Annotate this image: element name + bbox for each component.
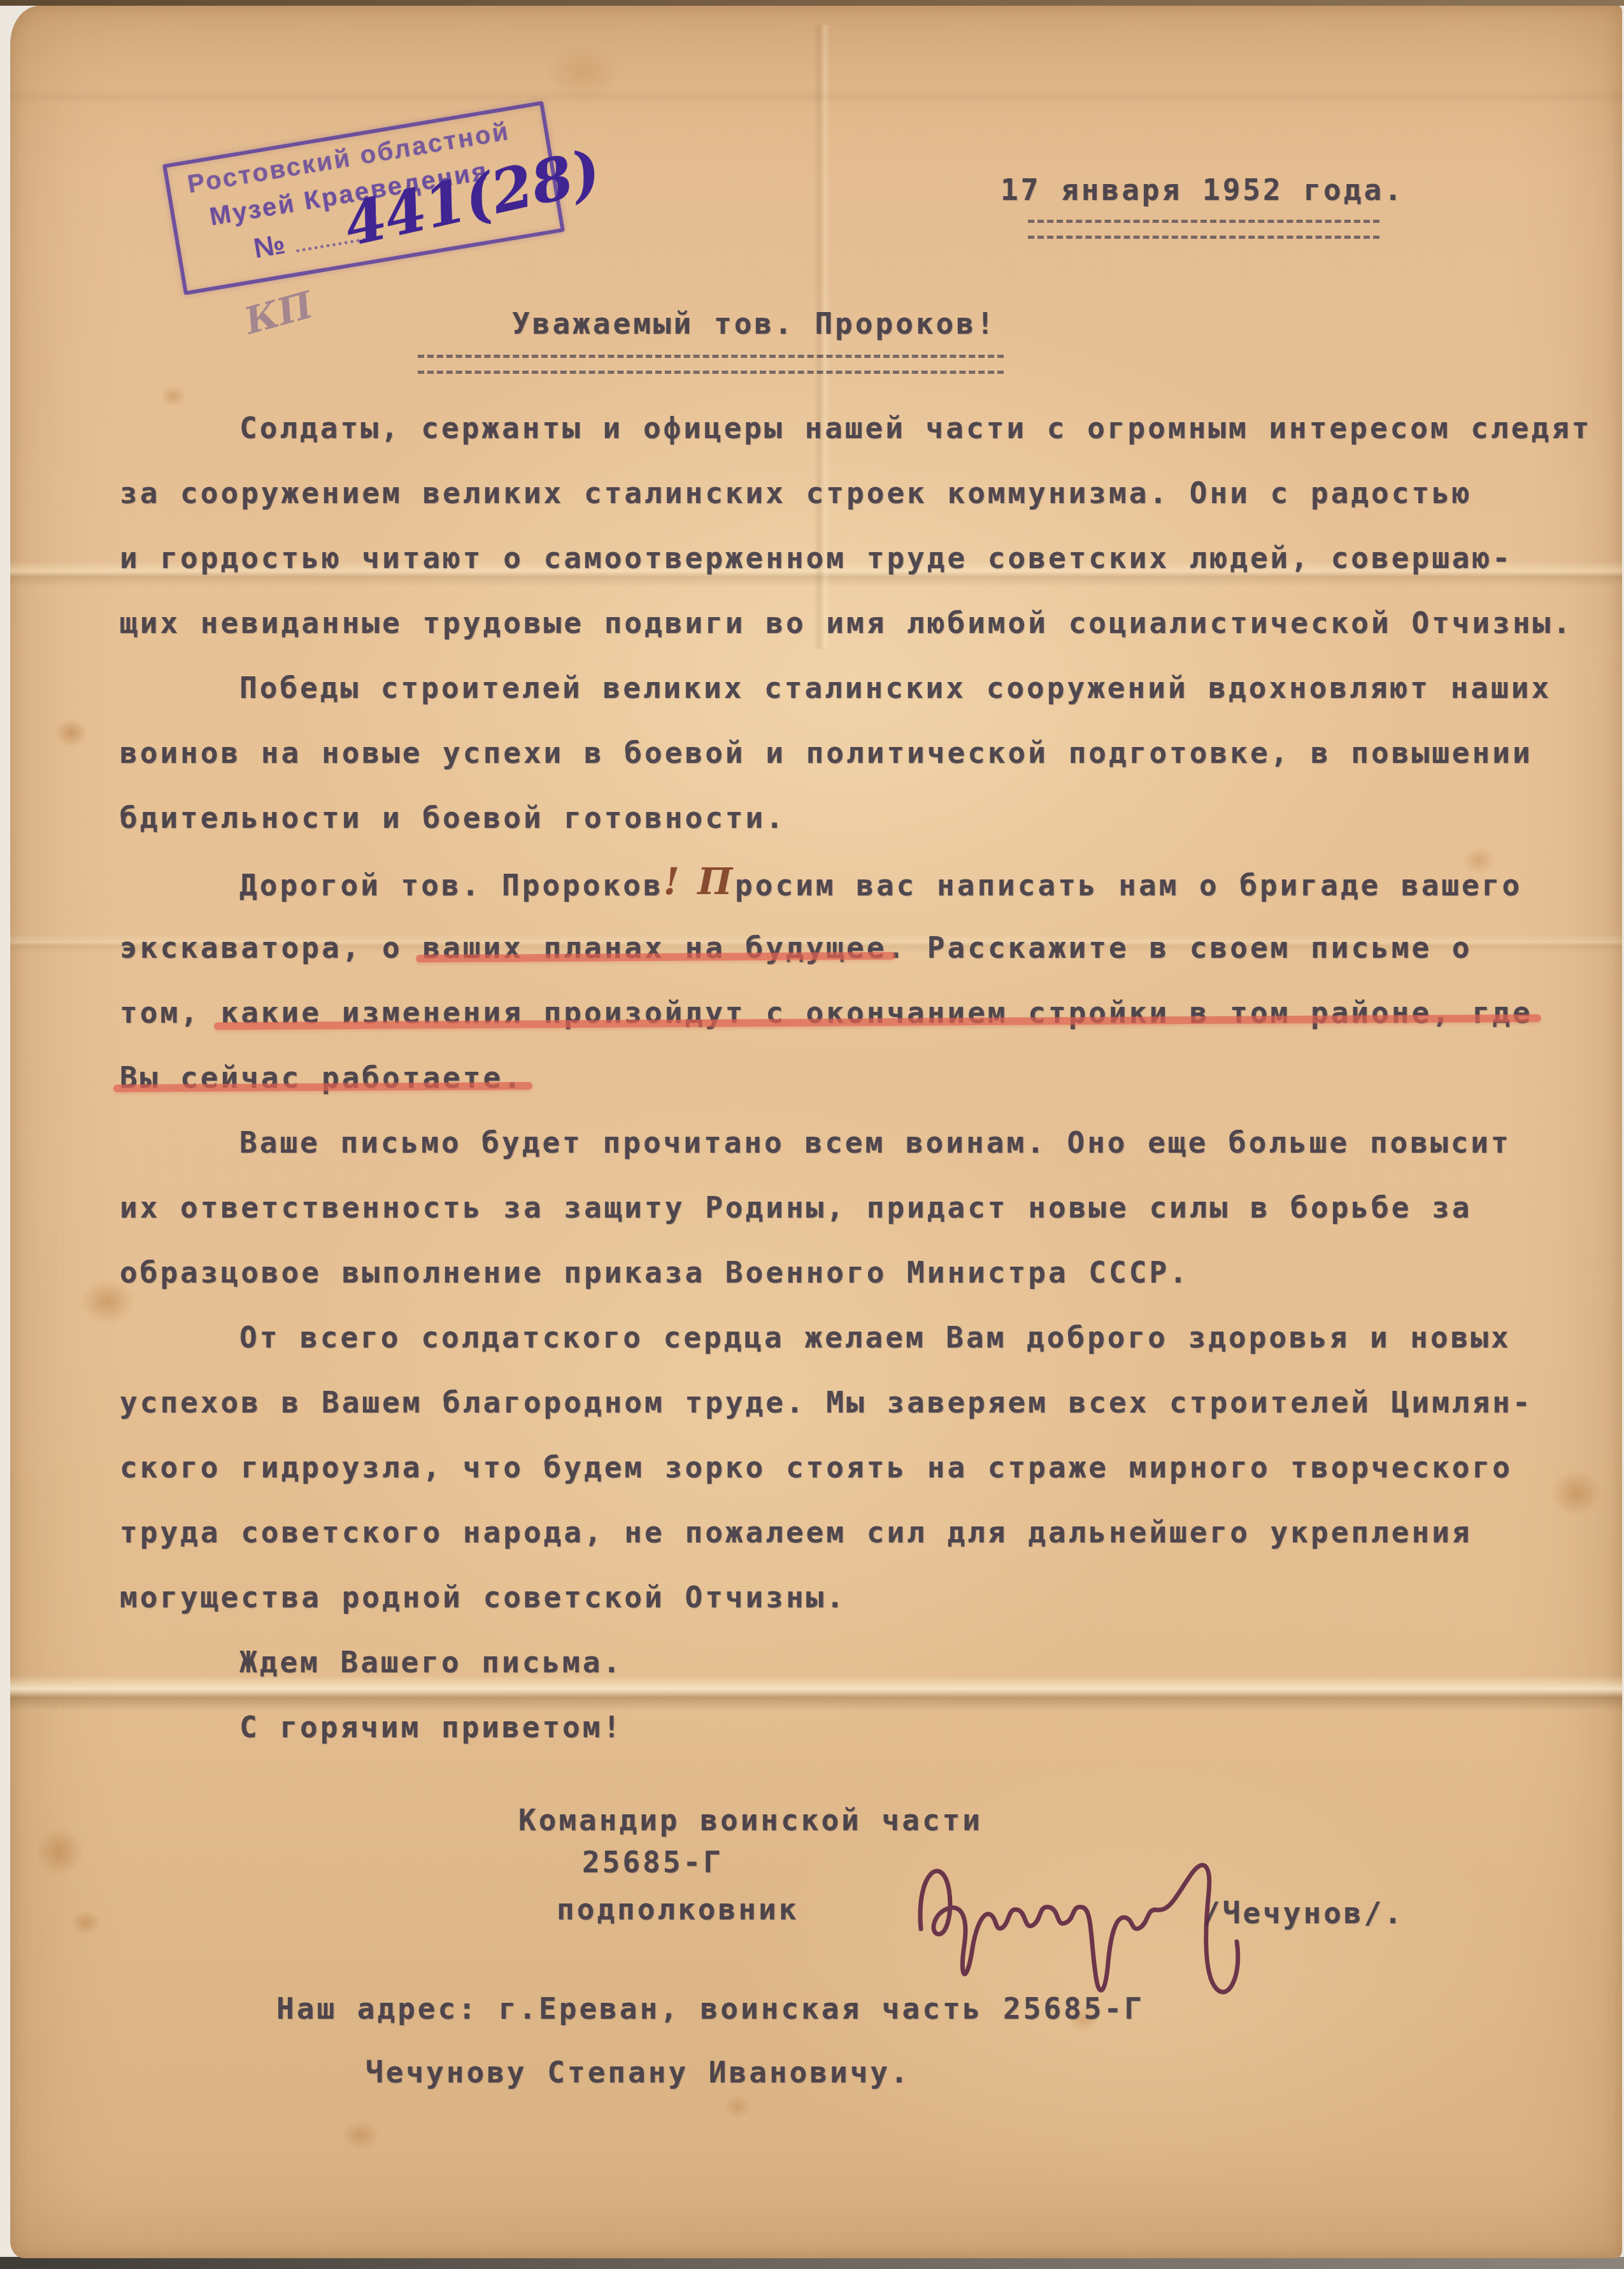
typed-text-segment: Ждем Вашего письма. [239,1645,623,1679]
museum-stamp: Ростовский областной Музей Краеведения №… [162,101,565,295]
typed-text-segment: . Расскажите в своем письме о [887,930,1472,965]
letter-line: воинов на новые успехи в боевой и полити… [120,720,1604,785]
closing-rank: подполковник [557,1892,799,1926]
stamp-number-label: № [252,229,288,265]
typed-text-segment: и гордостью читают о самоотверженном тру… [120,541,1513,575]
typed-text-segment: за сооружением великих сталинских строек… [120,476,1472,510]
typed-text-segment: бдительности и боевой готовности. [120,800,786,835]
letter-line: образцовое выполнение приказа Военного М… [120,1240,1604,1305]
letter-line: Солдаты, сержанты и офицеры нашей части … [120,395,1604,460]
typed-text-segment: Солдаты, сержанты и офицеры нашей части … [239,411,1592,445]
letter-line: и гордостью читают о самоотверженном тру… [120,525,1604,590]
red-underlined-text: какие изменения произойдут с окончанием … [220,995,1532,1030]
typed-text-segment: их ответственность за защиту Родины, при… [120,1190,1472,1225]
salutation: Уважаемый тов. Пророков! [512,306,997,341]
letter-date: 17 января 1952 года. [1001,173,1404,207]
address-line1: Наш адрес: г.Ереван, воинская часть 2568… [276,1991,1144,2026]
scan-edge-top [0,0,1624,6]
date-underline [1028,220,1379,239]
scan-edge-bottom [0,2257,1624,2269]
typed-text-segment: экскаватора, о [120,930,422,965]
letter-line: С горячим приветом! [120,1695,1604,1760]
letter-line: экскаватора, о ваших планах на будущее. … [120,915,1604,980]
typed-text-segment: успехов в Вашем благородном труде. Мы за… [120,1385,1533,1419]
letter-line: ского гидроузла, что будем зорко стоять … [120,1435,1604,1500]
paper-stain [341,2120,380,2151]
typed-text-segment: образцовое выполнение приказа Военного М… [120,1255,1190,1290]
letter-line: Дорогой тов. Пророков! Просим вас написа… [120,850,1604,915]
typed-text-segment: Победы строителей великих сталинских соо… [239,671,1551,705]
letter-line: успехов в Вашем благородном труде. Мы за… [120,1370,1604,1435]
red-underlined-text: ваших планах на будущее [422,930,887,965]
handwritten-ink-text: ! П [664,860,735,903]
paper-stain [55,719,88,747]
letter-line: том, какие изменения произойдут с оконча… [120,980,1604,1045]
letter-body: Солдаты, сержанты и офицеры нашей части … [120,395,1604,1760]
letter-line: Ваше письмо будет прочитано всем воинам.… [120,1110,1604,1175]
typed-text-segment: могущества родной советской Отчизны. [120,1580,846,1614]
typed-text-segment: росим вас написать нам о бригаде вашего [735,868,1522,902]
typed-text-segment: ского гидроузла, что будем зорко стоять … [120,1450,1513,1484]
letter-line: Ждем Вашего письма. [120,1630,1604,1695]
typed-text-segment: щих невиданные трудовые подвиги во имя л… [120,606,1573,640]
salutation-underline [418,355,1004,374]
paper-crease [10,89,1622,104]
typed-text-segment: От всего солдатского сердца желаем Вам д… [239,1320,1511,1355]
typed-text-segment: том, [120,995,220,1030]
letter-line: щих невиданные трудовые подвиги во имя л… [120,590,1604,655]
letter-line: бдительности и боевой готовности. [120,785,1604,850]
typed-text-segment: С горячим приветом! [239,1710,623,1744]
typed-text-segment: Дорогой тов. Пророков [239,868,664,902]
scanned-letter-page: Ростовский областной Музей Краеведения №… [0,0,1624,2269]
address-line2: Чечунову Степану Ивановичу. [366,2055,911,2089]
paper-stain [71,1910,101,1935]
aged-paper: Ростовский областной Музей Краеведения №… [10,6,1622,2258]
letter-line: за сооружением великих сталинских строек… [120,460,1604,525]
typed-text-segment: воинов на новые успехи в боевой и полити… [120,736,1533,770]
letter-line: могущества родной советской Отчизны. [120,1565,1604,1630]
paper-stain [545,44,622,101]
letter-line: Вы сейчас работаете. [120,1045,1604,1110]
letter-line: Победы строителей великих сталинских соо… [120,655,1604,720]
letter-line: их ответственность за защиту Родины, при… [120,1175,1604,1240]
closing-unit-number: 25685-Г [582,1845,723,1879]
typed-text-segment: труда советского народа, не пожалеем сил… [120,1515,1472,1549]
paper-stain [723,2095,751,2119]
paper-stain [36,1827,83,1877]
letter-line: От всего солдатского сердца желаем Вам д… [120,1305,1604,1370]
letter-line: труда советского народа, не пожалеем сил… [120,1500,1604,1565]
stamp-kp-handwritten: КП [240,283,318,343]
handwritten-signature [902,1795,1309,2012]
red-underlined-text: Вы сейчас работаете. [120,1060,524,1095]
typed-text-segment: Ваше письмо будет прочитано всем воинам.… [239,1125,1511,1160]
